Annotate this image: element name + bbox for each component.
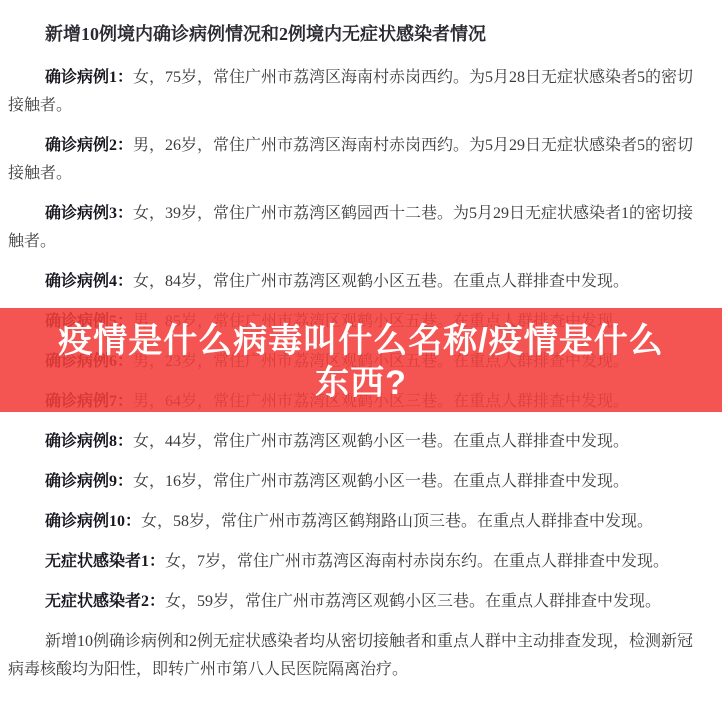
asymptomatic-1-paragraph: 无症状感染者1：女，7岁，常住广州市荔湾区海南村赤岗东约。在重点人群排查中发现。 (8, 548, 706, 576)
asymptomatic-2-label: 无症状感染者2： (45, 593, 165, 610)
overlay-headline-line2: 东西? (0, 362, 722, 404)
case-1-paragraph: 确诊病例1：女，75岁，常住广州市荔湾区海南村赤岗西约。为5月28日无症状感染者… (8, 64, 706, 120)
case-8-paragraph: 确诊病例8：女，44岁，常住广州市荔湾区观鹤小区一巷。在重点人群排查中发现。 (8, 428, 706, 456)
report-title: 新增10例境内确诊病例情况和2例境内无症状感染者情况 (8, 22, 706, 46)
case-10-paragraph: 确诊病例10：女，58岁，常住广州市荔湾区鹤翔路山顶三巷。在重点人群排查中发现。 (8, 508, 706, 536)
case-8-text: 女，44岁，常住广州市荔湾区观鹤小区一巷。在重点人群排查中发现。 (133, 433, 629, 450)
case-2-paragraph: 确诊病例2：男，26岁，常住广州市荔湾区海南村赤岗西约。为5月29日无症状感染者… (8, 132, 706, 188)
case-1-label: 确诊病例1： (45, 69, 133, 86)
case-9-text: 女，16岁，常住广州市荔湾区观鹤小区一巷。在重点人群排查中发现。 (133, 473, 629, 490)
case-4-text: 女，84岁，常住广州市荔湾区观鹤小区五巷。在重点人群排查中发现。 (133, 273, 629, 290)
case-4-paragraph: 确诊病例4：女，84岁，常住广州市荔湾区观鹤小区五巷。在重点人群排查中发现。 (8, 268, 706, 296)
case-9-paragraph: 确诊病例9：女，16岁，常住广州市荔湾区观鹤小区一巷。在重点人群排查中发现。 (8, 468, 706, 496)
case-2-label: 确诊病例2： (45, 137, 133, 154)
case-10-label: 确诊病例10： (45, 513, 141, 530)
case-10-text: 女，58岁，常住广州市荔湾区鹤翔路山顶三巷。在重点人群排查中发现。 (141, 513, 653, 530)
asymptomatic-2-paragraph: 无症状感染者2：女，59岁，常住广州市荔湾区观鹤小区三巷。在重点人群排查中发现。 (8, 588, 706, 616)
headline-overlay-banner: 疫情是什么病毒叫什么名称/疫情是什么 东西? (0, 308, 722, 412)
case-4-label: 确诊病例4： (45, 273, 133, 290)
article-page: 新增10例境内确诊病例情况和2例境内无症状感染者情况 确诊病例1：女，75岁，常… (0, 0, 722, 720)
asymptomatic-1-text: 女，7岁，常住广州市荔湾区海南村赤岗东约。在重点人群排查中发现。 (165, 553, 669, 570)
case-9-label: 确诊病例9： (45, 473, 133, 490)
overlay-headline-line1: 疫情是什么病毒叫什么名称/疫情是什么 (0, 320, 722, 362)
asymptomatic-2-text: 女，59岁，常住广州市荔湾区观鹤小区三巷。在重点人群排查中发现。 (165, 593, 661, 610)
case-8-label: 确诊病例8： (45, 433, 133, 450)
asymptomatic-1-label: 无症状感染者1： (45, 553, 165, 570)
summary-paragraph: 新增10例确诊病例和2例无症状感染者均从密切接触者和重点人群中主动排查发现，检测… (8, 628, 706, 684)
case-3-paragraph: 确诊病例3：女，39岁，常住广州市荔湾区鹤园西十二巷。为5月29日无症状感染者1… (8, 200, 706, 256)
case-3-label: 确诊病例3： (45, 205, 133, 222)
